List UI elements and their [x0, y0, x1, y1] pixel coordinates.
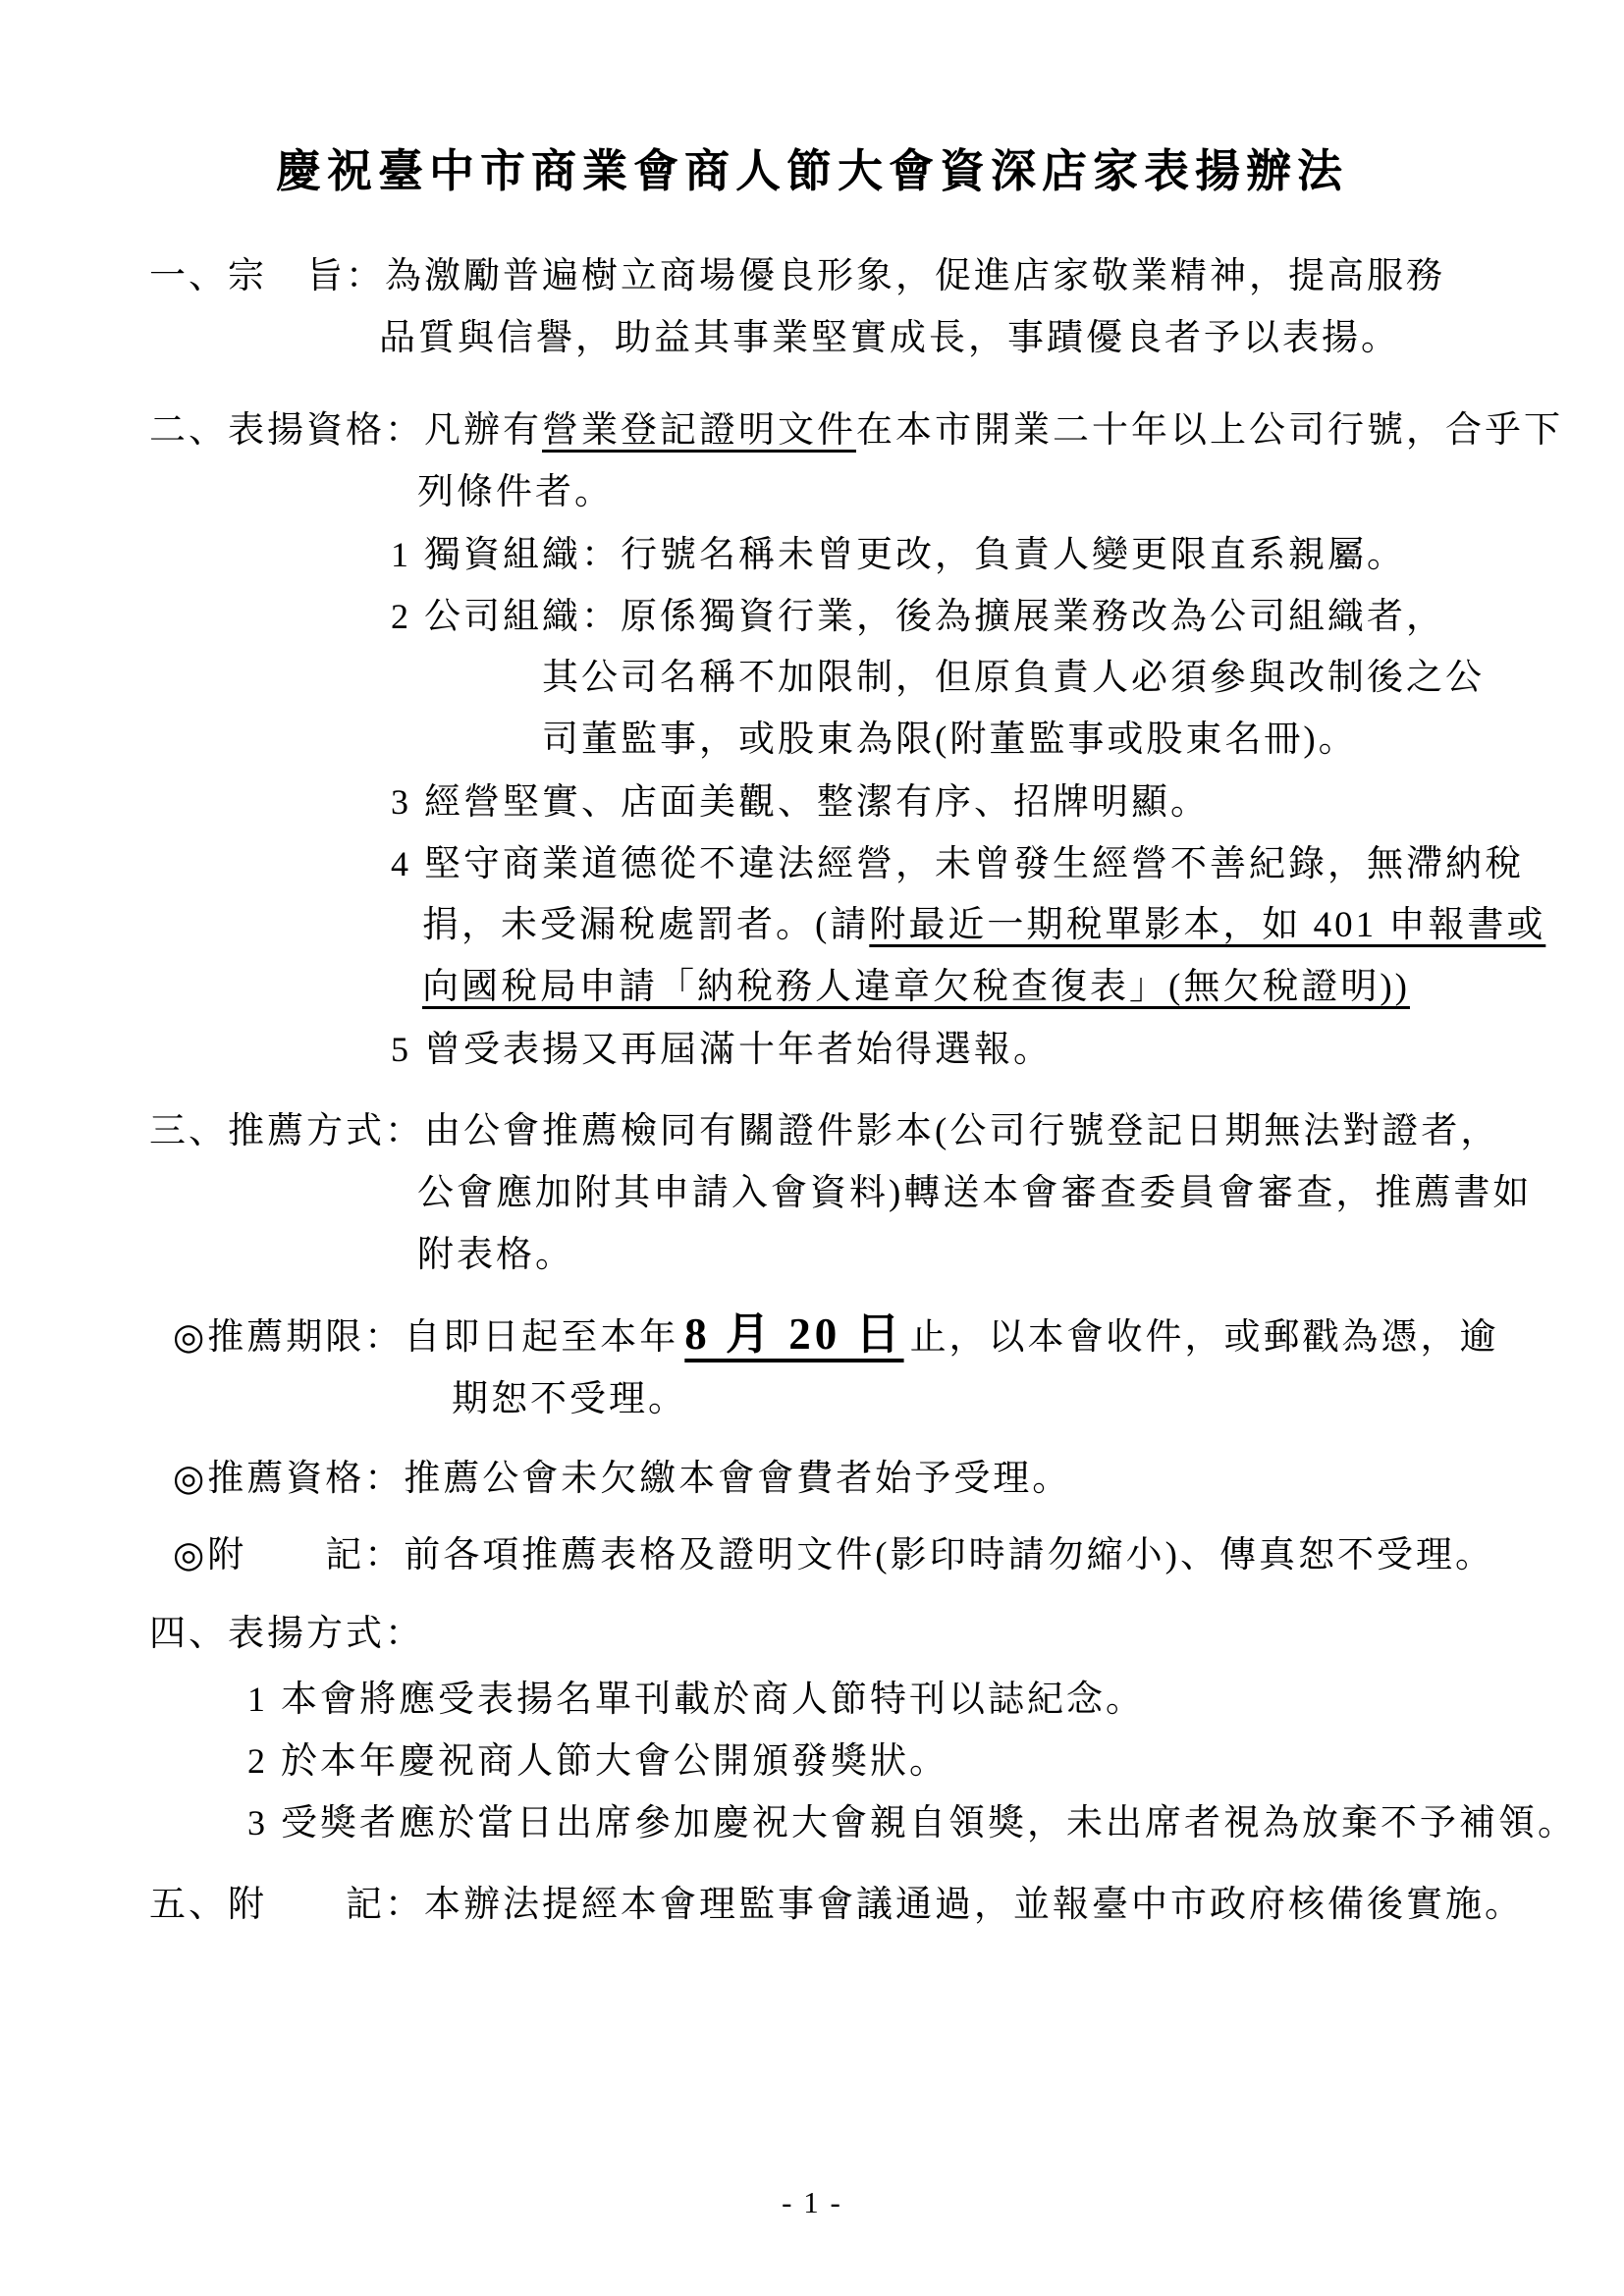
- page-title: 慶祝臺中市商業會商人節大會資深店家表揚辦法: [0, 135, 1624, 200]
- section-1-line-1: 一、宗 旨：為激勵普遍樹立商場優良形象，促進店家敬業精神，提高服務: [149, 248, 1445, 305]
- underlined-tax-bureau-form: 向國稅局申請「納稅務人違章欠稅查復表」(無欠稅證明)): [422, 967, 1410, 1007]
- section-1-text-1: 為激勵普遍樹立商場優良形象，促進店家敬業精神，提高服務: [385, 256, 1445, 296]
- section-4-item-3: 3受獎者應於當日出席參加慶祝大會親自領獎，未出席者視為放棄不予補領。: [247, 1794, 1577, 1852]
- section-2-item-4-line-1: 4堅守商業道德從不違法經營，未曾發生經營不善紀錄，無滯納稅: [391, 835, 1524, 893]
- item-number: 1: [391, 526, 424, 583]
- section-4-item-2: 2於本年慶祝商人節大會公開頒發獎狀。: [247, 1733, 948, 1790]
- section-4-heading: 四、表揚方式：: [149, 1606, 424, 1663]
- section-3-number: 三、: [149, 1111, 228, 1151]
- deadline-text-b: 止，以本會收件，或郵戳為憑，逾: [910, 1317, 1499, 1358]
- section-2-item-5: 5曾受表揚又再屆滿十年者始得選報。: [391, 1021, 1053, 1079]
- item-4-text-2a: 捐，未受漏稅處罰者。(請: [422, 905, 869, 945]
- section-2-text-1a: 凡辦有: [424, 410, 542, 451]
- deadline-line-2: 期恕不受理。: [452, 1371, 687, 1428]
- section-4-item-1: 1本會將應受表揚名單刊載於商人節特刊以誌紀念。: [247, 1671, 1145, 1729]
- section-4-item-3-text: 受獎者應於當日出席參加慶祝大會親自領獎，未出席者視為放棄不予補領。: [281, 1803, 1577, 1843]
- item-2-text-3: 司董監事，或股東為限(附董監事或股東名冊)。: [542, 720, 1358, 760]
- section-2-item-4-line-3: 向國稅局申請「納稅務人違章欠稅查復表」(無欠稅證明)): [422, 959, 1410, 1016]
- section-2-text-2: 列條件者。: [417, 472, 614, 512]
- section-1-number: 一、: [149, 256, 228, 296]
- section-3-line-1: 三、推薦方式：由公會推薦檢同有關證件影本(公司行號登記日期無法對證者，: [149, 1103, 1499, 1160]
- item-number: 2: [247, 1733, 281, 1789]
- deadline-text-a: 自即日起至本年: [404, 1317, 678, 1358]
- deadline-text-2: 期恕不受理。: [452, 1379, 687, 1419]
- item-2-text-1: 公司組織：原係獨資行業，後為擴展業務改為公司組織者，: [424, 597, 1445, 637]
- section-2-item-1: 1獨資組織：行號名稱未曾更改，負責人變更限直系親屬。: [391, 526, 1406, 584]
- section-3-line-3: 附表格。: [417, 1227, 574, 1284]
- item-3-text: 經營堅實、店面美觀、整潔有序、招牌明顯。: [424, 782, 1210, 823]
- section-4-item-1-text: 本會將應受表揚名單刊載於商人節特刊以誌紀念。: [281, 1680, 1145, 1720]
- bullet-icon: ◎: [173, 1317, 207, 1358]
- section-2-item-3: 3經營堅實、店面美觀、整潔有序、招牌明顯。: [391, 774, 1210, 831]
- item-number: 1: [247, 1671, 281, 1728]
- deadline-date: 8 月 20 日: [678, 1309, 909, 1359]
- section-1-line-2: 品質與信譽，助益其事業堅實成長，事蹟優良者予以表揚。: [379, 310, 1400, 367]
- note-line: ◎附 記：前各項推薦表格及證明文件(影印時請勿縮小)、傳真恕不受理。: [173, 1527, 1494, 1584]
- recommend-qualification-text: 推薦公會未欠繳本會會費者始予受理。: [404, 1459, 1071, 1499]
- section-4-item-2-text: 於本年慶祝商人節大會公開頒發獎狀。: [281, 1741, 948, 1782]
- section-3-label: 推薦方式：: [228, 1111, 424, 1151]
- item-2-text-2: 其公司名稱不加限制，但原負責人必須參與改制後之公: [542, 658, 1485, 698]
- section-4-number: 四、: [149, 1614, 228, 1654]
- item-number: 2: [391, 588, 424, 645]
- section-3-text-3: 附表格。: [417, 1235, 574, 1275]
- item-number: 3: [247, 1794, 281, 1851]
- section-3-line-2: 公會應加附其申請入會資料)轉送本會審查委員會審查，推薦書如: [417, 1165, 1532, 1222]
- document-page: 慶祝臺中市商業會商人節大會資深店家表揚辦法 一、宗 旨：為激勵普遍樹立商場優良形…: [0, 0, 1624, 2296]
- underlined-tax-receipt: 附最近一期稅單影本，如 401 申報書或: [869, 905, 1545, 945]
- section-2-number: 二、: [149, 410, 228, 451]
- recommend-qualification-line: ◎推薦資格：推薦公會未欠繳本會會費者始予受理。: [173, 1451, 1071, 1508]
- item-4-text-1: 堅守商業道德從不違法經營，未曾發生經營不善紀錄，無滯納稅: [424, 844, 1524, 884]
- section-2-text-1c: 在本市開業二十年以上公司行號，合乎下: [856, 410, 1563, 451]
- underlined-business-registration: 營業登記證明文件: [542, 410, 856, 451]
- item-1-text: 獨資組織：行號名稱未曾更改，負責人變更限直系親屬。: [424, 535, 1406, 575]
- section-2-item-4-line-2: 捐，未受漏稅處罰者。(請附最近一期稅單影本，如 401 申報書或: [422, 897, 1545, 954]
- page-number: - 1 -: [0, 2185, 1624, 2220]
- section-5-number: 五、: [149, 1885, 228, 1925]
- section-2-line-1: 二、表揚資格：凡辦有營業登記證明文件在本市開業二十年以上公司行號，合乎下: [149, 402, 1563, 459]
- section-2-item-2-line-1: 2公司組織：原係獨資行業，後為擴展業務改為公司組織者，: [391, 588, 1445, 646]
- bullet-icon: ◎: [173, 1459, 207, 1499]
- section-3-text-1: 由公會推薦檢同有關證件影本(公司行號登記日期無法對證者，: [424, 1111, 1499, 1151]
- item-number: 3: [391, 774, 424, 830]
- deadline-line-1: ◎推薦期限：自即日起至本年8 月 20 日止，以本會收件，或郵戳為憑，逾: [173, 1306, 1499, 1366]
- section-4-label: 表揚方式：: [228, 1614, 424, 1654]
- recommend-qualification-label: 推薦資格：: [207, 1459, 404, 1499]
- section-2-label: 表揚資格：: [228, 410, 424, 451]
- section-5-label: 附 記：: [228, 1885, 424, 1925]
- note-label: 附 記：: [207, 1535, 404, 1575]
- section-5-line: 五、附 記：本辦法提經本會理監事會議通過，並報臺中市政府核備後實施。: [149, 1877, 1524, 1934]
- bullet-icon: ◎: [173, 1535, 207, 1575]
- section-5-text: 本辦法提經本會理監事會議通過，並報臺中市政府核備後實施。: [424, 1885, 1524, 1925]
- note-text: 前各項推薦表格及證明文件(影印時請勿縮小)、傳真恕不受理。: [404, 1535, 1494, 1575]
- deadline-label: 推薦期限：: [207, 1317, 404, 1358]
- section-1-label: 宗 旨：: [228, 256, 385, 296]
- section-1-text-2: 品質與信譽，助益其事業堅實成長，事蹟優良者予以表揚。: [379, 318, 1400, 358]
- item-number: 5: [391, 1021, 424, 1078]
- item-number: 4: [391, 835, 424, 892]
- section-2-item-2-line-2: 其公司名稱不加限制，但原負責人必須參與改制後之公: [542, 650, 1485, 707]
- section-2-item-2-line-3: 司董監事，或股東為限(附董監事或股東名冊)。: [542, 712, 1358, 769]
- item-5-text: 曾受表揚又再屆滿十年者始得選報。: [424, 1030, 1053, 1070]
- section-3-text-2: 公會應加附其申請入會資料)轉送本會審查委員會審查，推薦書如: [417, 1173, 1532, 1213]
- section-2-line-2: 列條件者。: [417, 464, 614, 521]
